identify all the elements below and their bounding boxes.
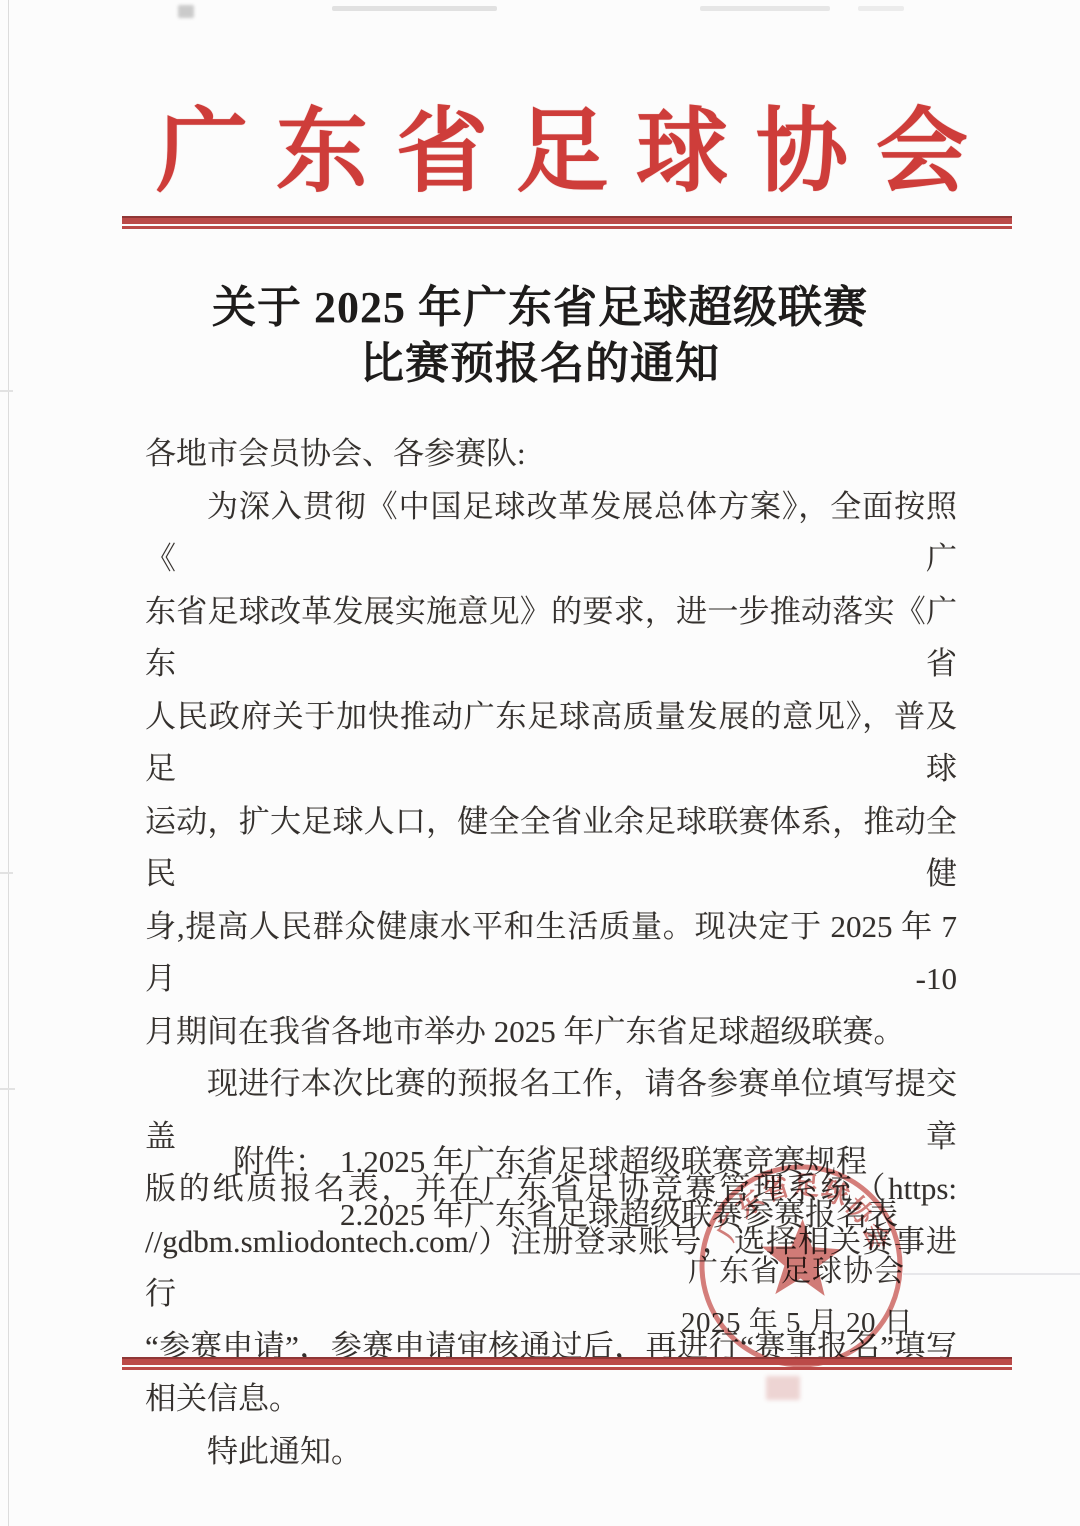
body-line: 各地市会员协会、各参赛队: — [145, 428, 957, 481]
document-title-line2: 比赛预报名的通知 — [0, 336, 1080, 392]
scan-artifact — [0, 872, 13, 874]
body-line: 月期间在我省各地市举办 2025 年广东省足球超级联赛。 — [145, 1006, 957, 1059]
letterhead-char: 足 — [516, 100, 608, 204]
footer-divider-rule — [122, 1357, 1012, 1370]
document-page: 广东省足球协会 关于 2025 年广东省足球超级联赛 比赛预报名的通知 各地市会… — [0, 0, 1080, 1526]
scan-artifact — [332, 6, 497, 11]
letterhead-char: 省 — [396, 100, 488, 204]
body-line: 身,提高人民群众健康水平和生活质量。现决定于 2025 年 7 月-10 — [145, 901, 957, 1006]
document-title-line1: 关于 2025 年广东省足球超级联赛 — [0, 280, 1080, 336]
letterhead-org-name: 广东省足球协会 — [156, 100, 968, 204]
scan-artifact — [0, 1088, 15, 1090]
seal-ink-smudge — [766, 1376, 800, 1400]
body-line: 运动，扩大足球人口，健全全省业余足球联赛体系，推动全民健 — [145, 796, 957, 901]
seal-star-icon — [760, 1218, 843, 1297]
official-seal: 广东省足球协会 — [690, 1155, 912, 1377]
letterhead-char: 东 — [276, 100, 368, 204]
scan-artifact — [858, 6, 904, 11]
body-line: 人民政府关于加快推动广东足球高质量发展的意见》，普及足球 — [145, 691, 957, 796]
attachments-label: 附件： — [233, 1136, 326, 1189]
letterhead-char: 会 — [876, 100, 968, 204]
scan-artifact — [178, 5, 194, 18]
letterhead-char: 球 — [636, 100, 728, 204]
document-title: 关于 2025 年广东省足球超级联赛 比赛预报名的通知 — [0, 280, 1080, 392]
scan-artifact — [700, 6, 830, 11]
letterhead-char: 广 — [156, 100, 248, 204]
body-line: 特此通知。 — [145, 1426, 957, 1479]
body-line: 东省足球改革发展实施意见》的要求，进一步推动落实《广东省 — [145, 586, 957, 691]
letterhead-divider-rule — [122, 216, 1012, 229]
body-line: 相关信息。 — [145, 1373, 957, 1426]
scan-edge-line — [8, 0, 9, 1526]
letterhead-char: 协 — [756, 100, 848, 204]
body-line: 为深入贯彻《中国足球改革发展总体方案》，全面按照《广 — [145, 481, 957, 586]
scan-artifact — [903, 1273, 1080, 1275]
